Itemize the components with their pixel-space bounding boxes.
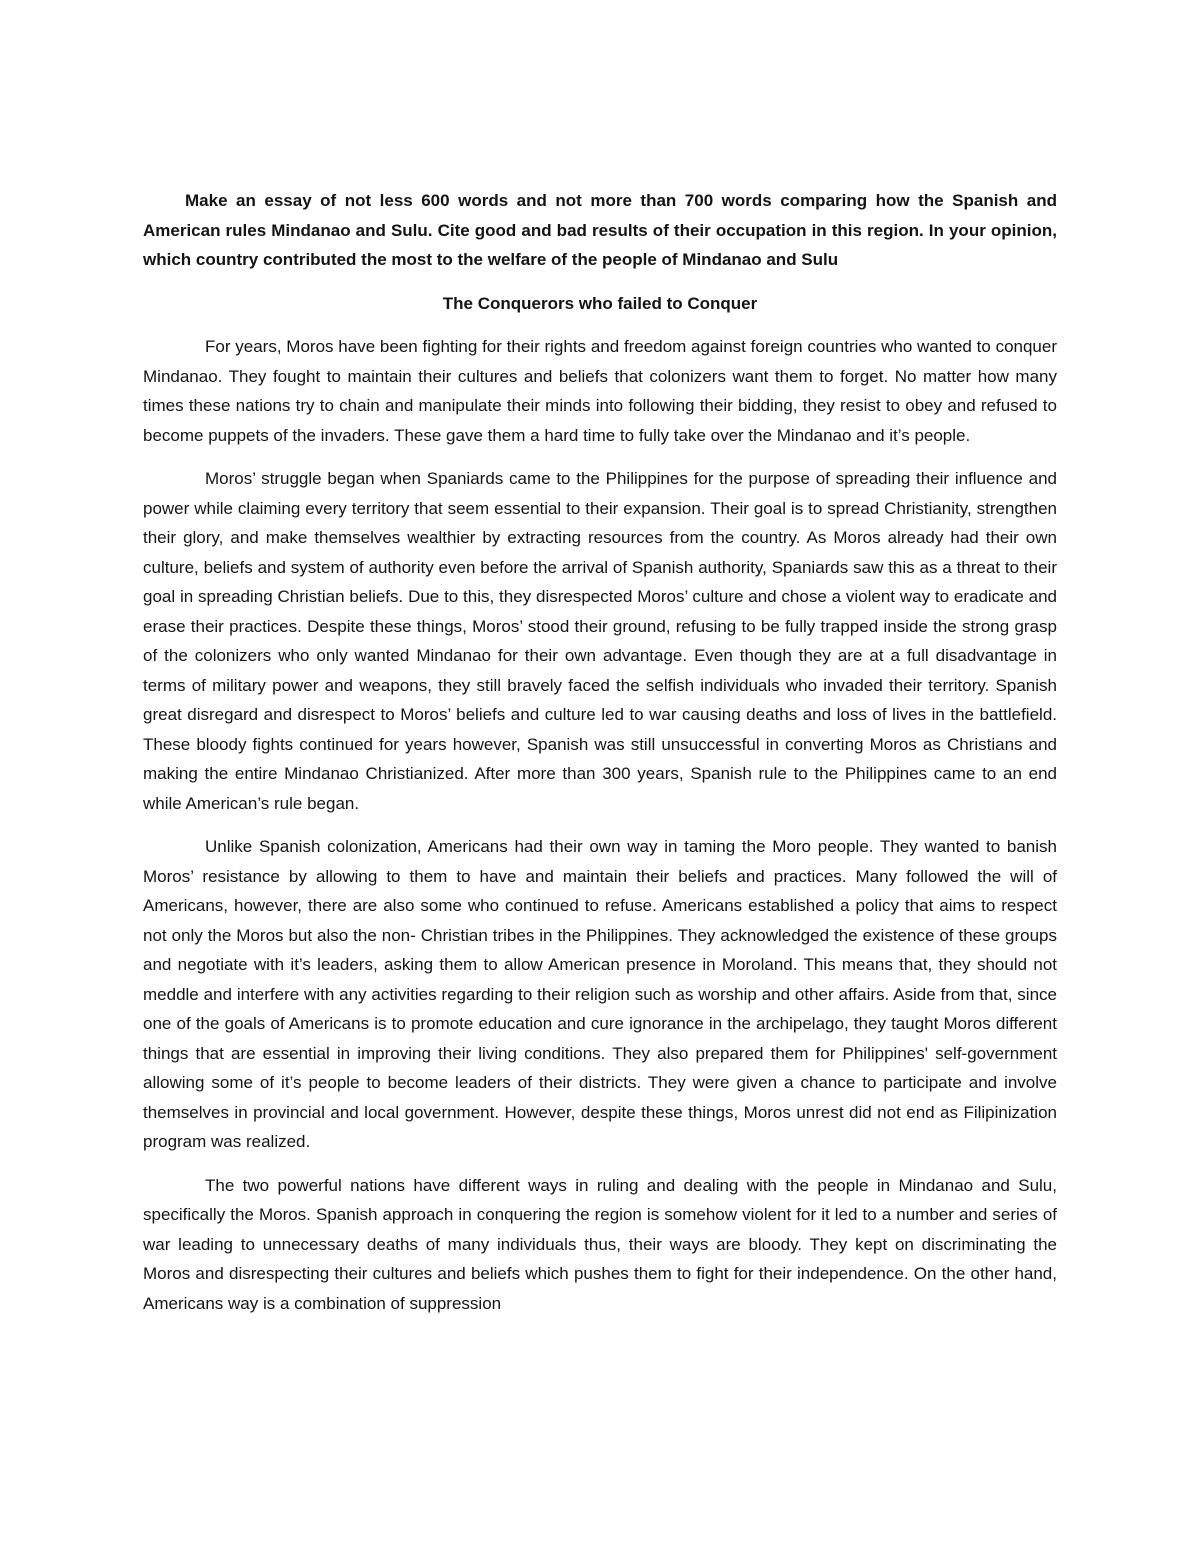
- essay-title: The Conquerors who failed to Conquer: [143, 289, 1057, 319]
- essay-paragraph-4: The two powerful nations have different …: [143, 1171, 1057, 1319]
- essay-paragraph-1: For years, Moros have been fighting for …: [143, 332, 1057, 450]
- document-page: Make an essay of not less 600 words and …: [0, 0, 1200, 1553]
- essay-paragraph-3: Unlike Spanish colonization, Americans h…: [143, 832, 1057, 1157]
- essay-prompt: Make an essay of not less 600 words and …: [143, 186, 1057, 275]
- essay-paragraph-2: Moros’ struggle began when Spaniards cam…: [143, 464, 1057, 818]
- essay-content: Make an essay of not less 600 words and …: [143, 186, 1057, 1332]
